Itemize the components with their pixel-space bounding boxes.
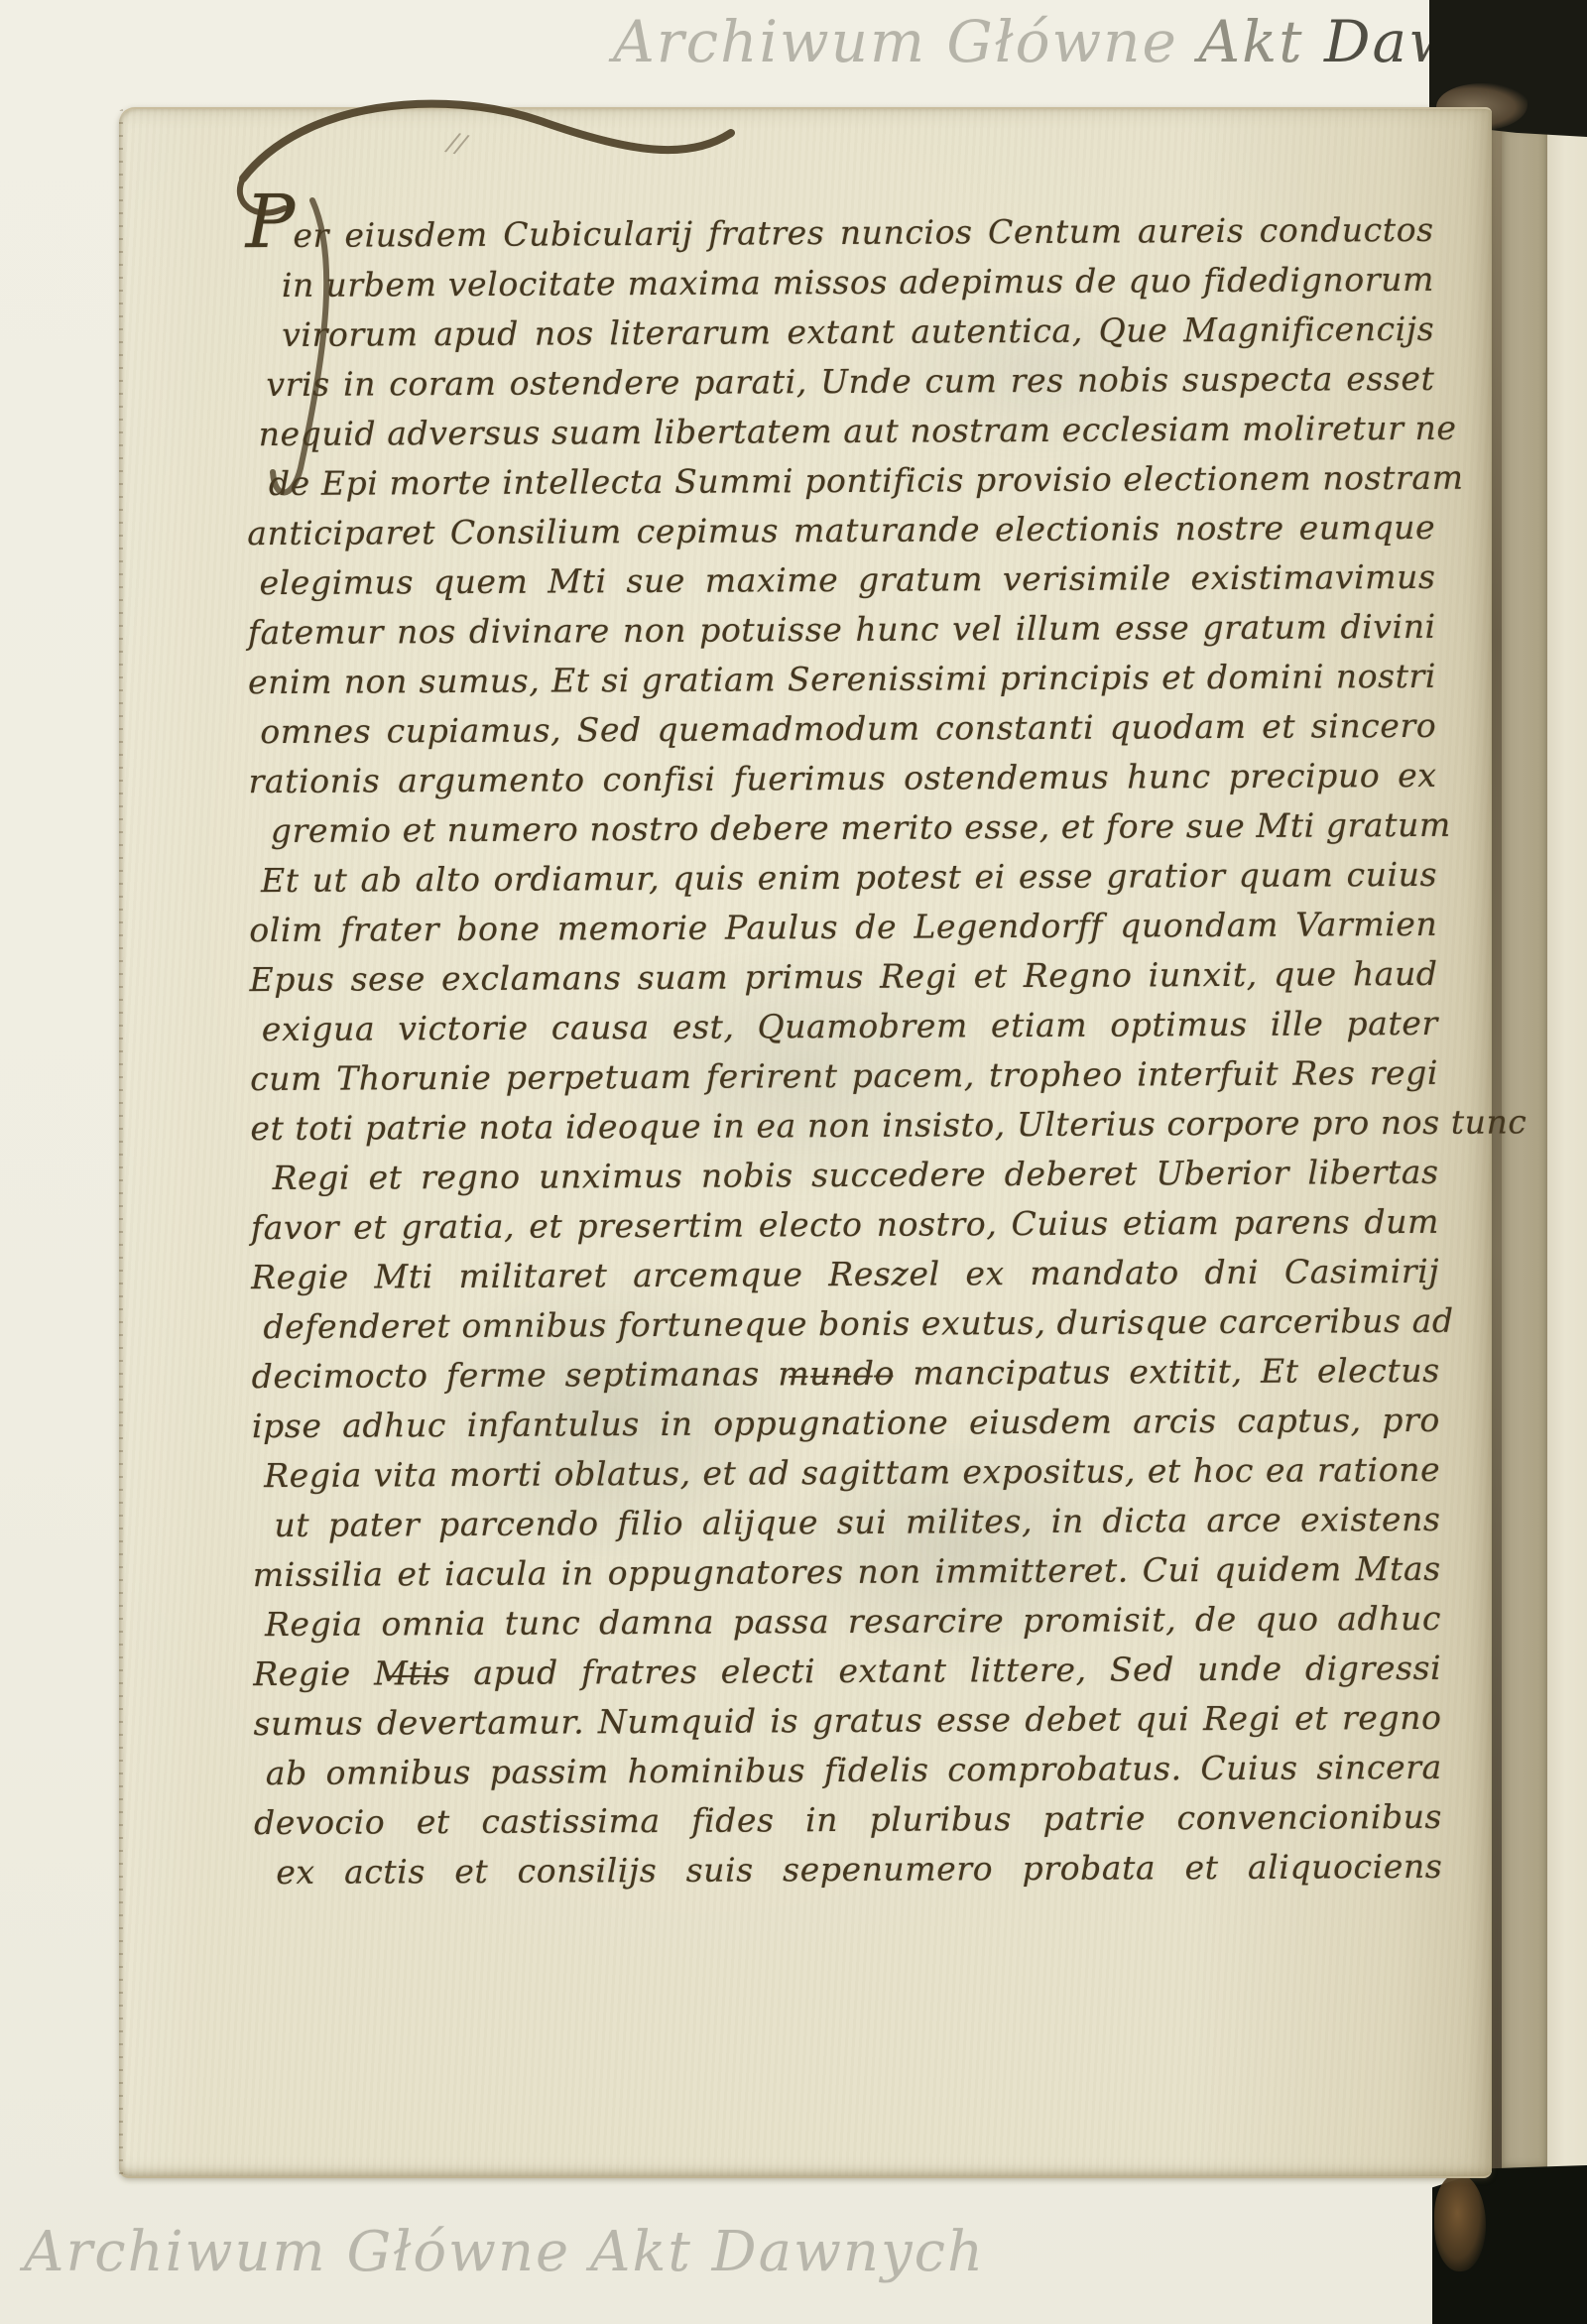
manuscript-line: Regia omnia tunc damna passa resarcire p… — [265, 1594, 1441, 1650]
manuscript-line: decimocto ferme septimanas m̶u̶n̶d̶o̶ ma… — [252, 1346, 1440, 1402]
binding-fragment-bottom — [1434, 2174, 1486, 2271]
page-fold-strip — [1502, 123, 1547, 2172]
manuscript-line: defenderet omnibus fortuneque bonis exut… — [263, 1296, 1439, 1352]
manuscript-line: in urbem velocitate maxima missos adepim… — [282, 255, 1434, 310]
manuscript-line: virorum apud nos literarum extant autent… — [282, 305, 1434, 360]
manuscript-line: Regia vita morti oblatus, et ad sagittam… — [264, 1445, 1440, 1501]
manuscript-line: ab omnibus passim hominibus fidelis comp… — [266, 1743, 1442, 1798]
manuscript-line: fatemur nos divinare non potuisse hunc v… — [248, 602, 1436, 658]
book-gutter-shadow — [1492, 125, 1502, 2170]
manuscript-line: ipse adhuc infantulus in oppugnatione ei… — [252, 1396, 1440, 1451]
manuscript-line: cum Thorunie perpetuam ferirent pacem, t… — [250, 1048, 1438, 1104]
manuscript-line: anticiparet Consilium cepimus maturande … — [247, 503, 1435, 558]
manuscript-line: olim frater bone memorie Paulus de Legen… — [249, 900, 1437, 955]
manuscript-line: favor et gratia, et presertim electo nos… — [251, 1197, 1439, 1253]
manuscript-line: ut pater parcendo filio alijque sui mili… — [274, 1495, 1440, 1550]
manuscript-line: Et ut ab alto ordiamur, quis enim potest… — [261, 850, 1437, 906]
manuscript-line: nequid adversus suam libertatem aut nost… — [259, 404, 1435, 459]
manuscript-line: et toti patrie nota ideoque in ea non in… — [250, 1098, 1438, 1154]
manuscript-line: de Epi morte intellecta Summi pontificis… — [269, 453, 1435, 509]
manuscript-line: Regie M̶t̶i̶s̶ apud fratres electi extan… — [253, 1644, 1441, 1699]
manuscript-line: exigua victorie causa est, Quamobrem eti… — [262, 999, 1438, 1054]
deckle-edge — [119, 109, 123, 2176]
manuscript-page: // Per eiusdem Cubicularij fratres nunci… — [119, 107, 1492, 2178]
manuscript-line: ex actis et consilijs suis sepenumero pr… — [276, 1842, 1442, 1897]
manuscript-line: Epus sese exclamans suam primus Regi et … — [249, 949, 1437, 1005]
manuscript-line: elegimus quem Mti sue maxime gratum veri… — [259, 552, 1435, 608]
manuscript-line: devocio et castissima fides in pluribus … — [254, 1792, 1442, 1848]
facing-page-edge — [1547, 119, 1587, 2172]
manuscript-text: Per eiusdem Cubicularij fratres nuncios … — [246, 205, 1443, 1897]
manuscript-line: missilia et iacula in oppugnatores non i… — [253, 1544, 1441, 1600]
manuscript-line: gremio et numero nostro debere merito es… — [271, 800, 1437, 856]
pencil-mark: // — [445, 128, 468, 161]
watermark-bottom: Archiwum Główne Akt Dawnych — [24, 2220, 985, 2284]
manuscript-line: Regi et regno unximus nobis succedere de… — [273, 1148, 1439, 1203]
manuscript-line: omnes cupiamus, Sed quemadmodum constant… — [260, 701, 1436, 757]
watermark-top-part2: Akt — [1198, 8, 1324, 75]
manuscript-line: Regie Mti militaret arcemque Reszel ex m… — [251, 1247, 1439, 1302]
manuscript-line: vris in coram ostendere parati, Unde cum… — [266, 354, 1434, 410]
manuscript-line: Per eiusdem Cubicularij fratres nuncios … — [246, 205, 1434, 261]
manuscript-line: sumus devertamur. Numquid is gratus esse… — [253, 1693, 1441, 1749]
manuscript-line: rationis argumento confisi fuerimus oste… — [248, 751, 1436, 806]
manuscript-line: enim non sumus, Et si gratiam Serenissim… — [248, 652, 1436, 707]
watermark-top-part1: Archiwum Główne — [613, 8, 1198, 75]
